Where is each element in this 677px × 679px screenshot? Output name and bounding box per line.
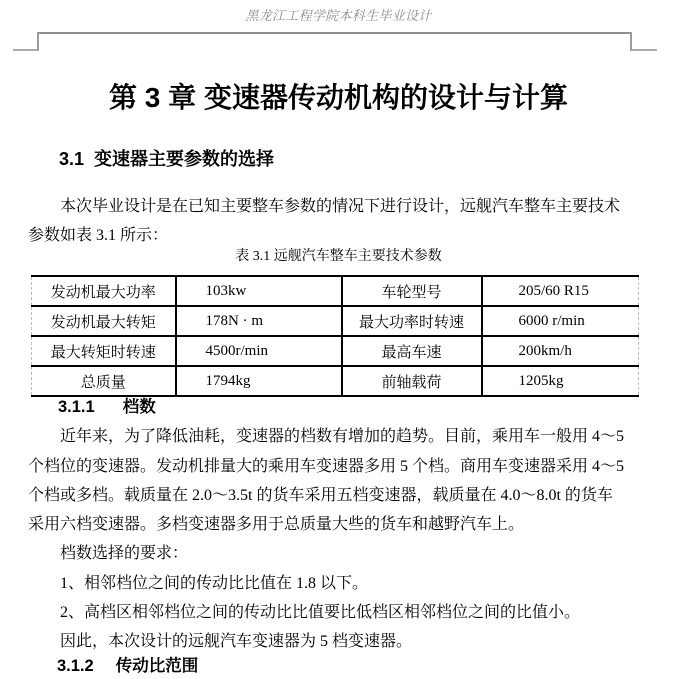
section-3-1-heading: 3.1变速器主要参数的选择 [59,147,274,171]
paragraph-line: 个档位的变速器。发动机排量大的乘用车变速器多用 5 个档。商用车变速器采用 4～… [28,452,652,481]
page-header-text: 黑龙江工程学院本科生毕业设计 [0,5,677,24]
paragraph-line: 因此，本次设计的远舰汽车变速器为 5 档变速器。 [28,627,652,656]
table-cell: 103kw [176,276,342,306]
paragraph-line: 1、相邻档位之间的传动比比值在 1.8 以下。 [28,569,652,598]
section-number: 3.1.2 [57,657,94,675]
section-title: 传动比范围 [116,657,199,675]
table-cell: 178N · m [176,306,342,336]
section-title: 变速器主要参数的选择 [94,149,274,169]
section-number: 3.1 [59,149,84,169]
table-cell: 最大功率时转速 [342,306,482,336]
table-row: 总质量 1794kg 前轴载荷 1205kg [32,366,639,396]
chapter-title: 第 3 章 变速器传动机构的设计与计算 [0,80,677,116]
table-cell: 200km/h [482,336,639,366]
parameters-table: 发动机最大功率 103kw 车轮型号 205/60 R15 发动机最大转矩 17… [31,275,639,397]
paragraph-line: 采用六档变速器。多档变速器多用于总质量大些的货车和越野汽车上。 [28,510,652,539]
table-cell: 发动机最大转矩 [32,306,176,336]
table-cell: 1205kg [482,366,639,396]
corner-mark-left-arm [13,49,39,51]
corner-mark-right-arm [631,49,657,51]
table-row: 发动机最大功率 103kw 车轮型号 205/60 R15 [32,276,639,306]
table-cell: 1794kg [176,366,342,396]
table-row: 发动机最大转矩 178N · m 最大功率时转速 6000 r/min [32,306,639,336]
document-page: 黑龙江工程学院本科生毕业设计 第 3 章 变速器传动机构的设计与计算 3.1变速… [0,0,677,679]
table-cell: 6000 r/min [482,306,639,336]
table-cell: 前轴载荷 [342,366,482,396]
table-cell: 最大转矩时转速 [32,336,176,366]
section-3-1-2-heading: 3.1.2传动比范围 [57,655,198,677]
table-cell: 总质量 [32,366,176,396]
paragraph-line: 2、高档区相邻档位之间的传动比比值要比低档区相邻档位之间的比值小。 [28,598,652,627]
table-caption: 表 3.1 远舰汽车整车主要技术参数 [0,247,677,267]
table-cell: 发动机最大功率 [32,276,176,306]
paragraph-line: 个档或多档。载质量在 2.0～3.5t 的货车采用五档变速器，载质量在 4.0～… [28,481,652,510]
table-cell: 205/60 R15 [482,276,639,306]
table-cell: 车轮型号 [342,276,482,306]
section-title: 档数 [123,398,156,416]
paragraph-line: 档数选择的要求： [28,539,652,568]
table-cell: 最高车速 [342,336,482,366]
table-cell: 4500r/min [176,336,342,366]
paragraph-line: 本次毕业设计是在已知主要整车参数的情况下进行设计，远舰汽车整车主要技术 [28,192,650,221]
paragraph-line: 近年来，为了降低油耗，变速器的档数有增加的趋势。目前，乘用车一般用 4～5 [28,422,652,451]
intro-paragraph: 本次毕业设计是在已知主要整车参数的情况下进行设计，远舰汽车整车主要技术 参数如表… [28,192,650,251]
section-number: 3.1.1 [58,398,95,416]
section-3-1-1-heading: 3.1.1档数 [28,393,652,422]
header-rule [38,32,631,34]
table-row: 最大转矩时转速 4500r/min 最高车速 200km/h [32,336,639,366]
section-3-1-1-body: 3.1.1档数 近年来，为了降低油耗，变速器的档数有增加的趋势。目前，乘用车一般… [28,393,652,657]
